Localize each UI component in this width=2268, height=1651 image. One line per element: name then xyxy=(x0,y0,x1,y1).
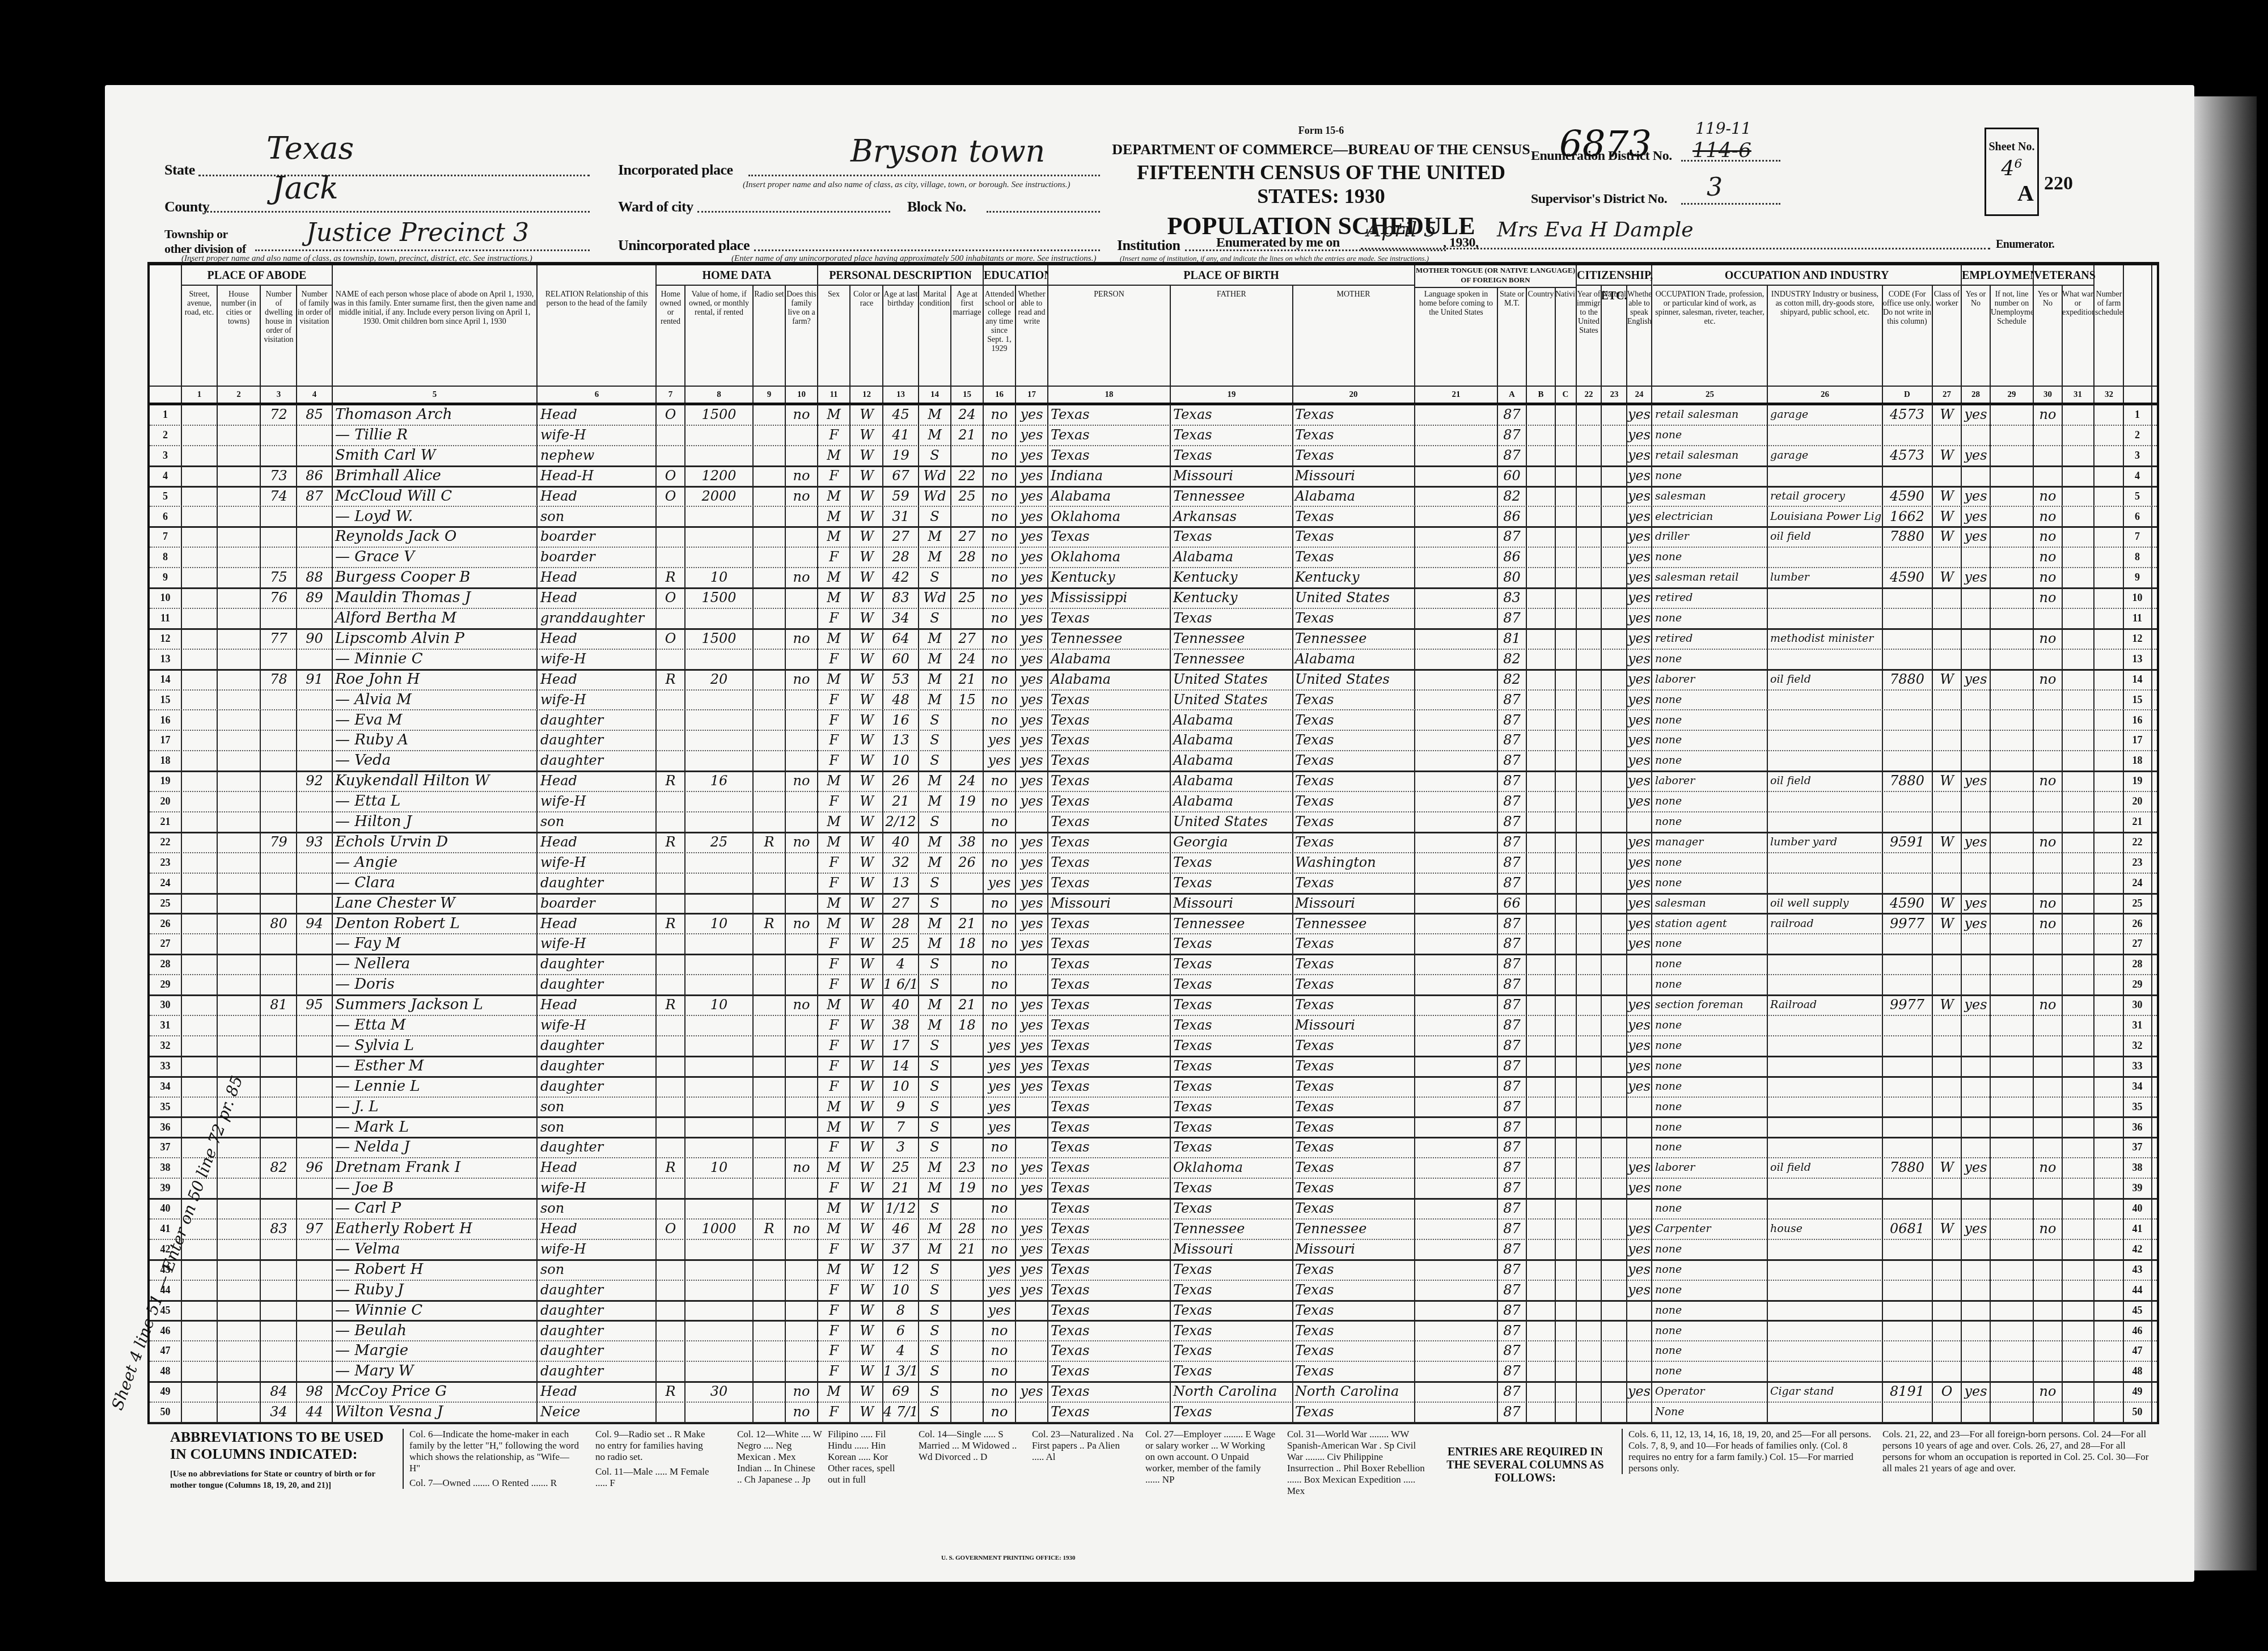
cell-name: Thomason Arch xyxy=(333,404,538,425)
cell-empty xyxy=(2062,1035,2094,1056)
cell-vet: no xyxy=(2034,486,2063,506)
cell-bp: Texas xyxy=(1048,994,1171,1015)
cell-own: R xyxy=(657,669,686,689)
cell-line: 20 xyxy=(150,791,182,811)
cell-sch: no xyxy=(984,506,1016,527)
cell-ind xyxy=(1768,852,1883,873)
cell-rel: son xyxy=(538,811,657,832)
cell-rel: wife-H xyxy=(538,791,657,811)
cell-vet xyxy=(2034,1178,2063,1198)
cell-empty xyxy=(2095,506,2124,527)
cell-code_a: 87 xyxy=(1498,1300,1527,1320)
cell-name: — Ruby A xyxy=(333,730,538,750)
cell-dw: 80 xyxy=(261,913,297,934)
cell-sch: no xyxy=(984,852,1016,873)
cell-rw: yes xyxy=(1016,750,1048,771)
cell-empty xyxy=(182,1056,218,1076)
cell-empty xyxy=(182,445,218,465)
cell-vet xyxy=(2034,852,2063,873)
cell-agem: 19 xyxy=(951,1178,984,1198)
cell-empty xyxy=(2062,1157,2094,1178)
cell-farm xyxy=(786,954,818,974)
cell-radio xyxy=(754,893,786,913)
cell-mbp: Texas xyxy=(1293,1198,1415,1218)
cell-vet: no xyxy=(2034,628,2063,649)
cell-fam xyxy=(297,811,333,832)
cell-empty xyxy=(182,994,218,1015)
cell-code_d: 9591 xyxy=(1882,832,1933,852)
cell-eng: yes xyxy=(1627,710,1652,730)
cell-mar: S xyxy=(919,750,951,771)
cell-sex: F xyxy=(818,710,850,730)
cell-line: 46 xyxy=(2123,1320,2152,1341)
cell-code_a: 87 xyxy=(1498,1361,1527,1381)
cell-eng: yes xyxy=(1627,587,1652,608)
cell-work: yes xyxy=(1962,445,1991,465)
cell-empty xyxy=(1415,1076,1498,1097)
cell-empty xyxy=(2062,587,2094,608)
cell-own: R xyxy=(657,771,686,791)
cell-name: — Etta M xyxy=(333,1015,538,1035)
cell-bp: Texas xyxy=(1048,811,1171,832)
cell-ind xyxy=(1768,1320,1883,1341)
cell-eng: yes xyxy=(1627,608,1652,628)
sd-value: 3 xyxy=(1707,173,1723,202)
cell-rw: yes xyxy=(1016,669,1048,689)
cell-sch: no xyxy=(984,974,1016,994)
cell-bp: Alabama xyxy=(1048,649,1171,669)
cell-empty xyxy=(2095,1218,2124,1239)
cell-sex: M xyxy=(818,1117,850,1137)
cell-dw: 77 xyxy=(261,628,297,649)
cell-own xyxy=(657,974,686,994)
cell-rw: yes xyxy=(1016,730,1048,750)
cell-empty xyxy=(2062,954,2094,974)
cell-ind xyxy=(1768,750,1883,771)
cell-fbp: Missouri xyxy=(1171,1239,1293,1259)
cell-occ: none xyxy=(1653,852,1768,873)
cell-fbp: Kentucky xyxy=(1171,587,1293,608)
cell-line: 17 xyxy=(2123,730,2152,750)
cell-rw: yes xyxy=(1016,873,1048,893)
cell-empty xyxy=(1527,1340,1556,1361)
cell-farm xyxy=(786,852,818,873)
cell-empty xyxy=(1577,1056,1602,1076)
cell-mbp: Texas xyxy=(1293,445,1415,465)
cell-empty xyxy=(182,649,218,669)
cell-own xyxy=(657,873,686,893)
cell-line: 33 xyxy=(150,1056,182,1076)
cell-agem xyxy=(951,608,984,628)
cell-empty xyxy=(2095,1137,2124,1157)
cell-race: W xyxy=(851,974,883,994)
cell-sch: no xyxy=(984,628,1016,649)
cell-sex: F xyxy=(818,1280,850,1300)
cell-race: W xyxy=(851,628,883,649)
cell-cls: W xyxy=(1933,1157,1962,1178)
cell-empty xyxy=(1527,628,1556,649)
cell-rw: yes xyxy=(1016,1056,1048,1076)
cell-fam: 85 xyxy=(297,404,333,425)
cell-rel: daughter xyxy=(538,730,657,750)
cell-rel: nephew xyxy=(538,445,657,465)
cell-line: 31 xyxy=(2123,1015,2152,1035)
cell-eng: yes xyxy=(1627,1218,1652,1239)
cell-mar: S xyxy=(919,1381,951,1402)
cell-sex: M xyxy=(818,404,850,425)
cell-agem: 21 xyxy=(951,1239,984,1259)
cell-code_a: 87 xyxy=(1498,1178,1527,1198)
column-number: 29 xyxy=(1991,387,2034,403)
cell-empty xyxy=(1415,1137,1498,1157)
cell-mbp: Texas xyxy=(1293,1320,1415,1341)
cell-vet xyxy=(2034,1402,2063,1422)
cell-empty xyxy=(1991,750,2034,771)
cell-vet: no xyxy=(2034,832,2063,852)
cell-race: W xyxy=(851,710,883,730)
cell-empty xyxy=(2095,689,2124,710)
cell-agem xyxy=(951,750,984,771)
cell-work: yes xyxy=(1962,1218,1991,1239)
cell-radio: R xyxy=(754,1218,786,1239)
cell-code_a: 87 xyxy=(1498,750,1527,771)
cell-sex: M xyxy=(818,669,850,689)
cell-bp: Texas xyxy=(1048,750,1171,771)
cell-empty xyxy=(182,893,218,913)
cell-fam: 89 xyxy=(297,587,333,608)
cell-cls xyxy=(1933,954,1962,974)
cell-line: 49 xyxy=(2123,1381,2152,1402)
cell-fam xyxy=(297,1076,333,1097)
cell-fbp: Texas xyxy=(1171,852,1293,873)
cell-empty xyxy=(1555,771,1577,791)
cell-empty xyxy=(1991,404,2034,425)
cell-empty xyxy=(2062,933,2094,954)
cell-dw xyxy=(261,873,297,893)
cell-empty xyxy=(218,1178,261,1198)
cell-work: yes xyxy=(1962,832,1991,852)
cell-empty xyxy=(2095,526,2124,547)
cell-empty xyxy=(1991,608,2034,628)
cell-occ: none xyxy=(1653,1076,1768,1097)
cell-age: 1 3/12 xyxy=(883,1361,919,1381)
cell-occ: salesman retail xyxy=(1653,567,1768,587)
cell-empty xyxy=(1555,608,1577,628)
cell-bp: Missouri xyxy=(1048,893,1171,913)
cell-race: W xyxy=(851,1137,883,1157)
cell-empty xyxy=(1527,608,1556,628)
cell-line: 40 xyxy=(2123,1198,2152,1218)
sheet-side: A xyxy=(2017,180,2034,206)
cell-fam: 91 xyxy=(297,669,333,689)
cell-empty xyxy=(2095,1056,2124,1076)
cell-val xyxy=(686,608,754,628)
col12-other-races: Filipino ..... Fil Hindu ...... Hin Kore… xyxy=(828,1429,907,1485)
cell-eng: yes xyxy=(1627,689,1652,710)
cell-empty xyxy=(1602,811,1627,832)
cell-farm xyxy=(786,1361,818,1381)
cell-eng: yes xyxy=(1627,526,1652,547)
cell-mar: S xyxy=(919,506,951,527)
cell-own: O xyxy=(657,628,686,649)
cell-empty xyxy=(1991,649,2034,669)
cell-empty xyxy=(218,873,261,893)
cell-vet xyxy=(2034,1117,2063,1137)
cell-name: — Robert H xyxy=(333,1259,538,1280)
column-number: 22 xyxy=(1577,387,1602,403)
cell-own xyxy=(657,689,686,710)
cell-empty xyxy=(2095,425,2124,445)
cell-empty xyxy=(1555,1361,1577,1381)
cell-age: 19 xyxy=(883,445,919,465)
cell-eng: yes xyxy=(1627,1178,1652,1198)
cell-code_a: 87 xyxy=(1498,974,1527,994)
cell-occ: station agent xyxy=(1653,913,1768,934)
cell-race: W xyxy=(851,1259,883,1280)
cell-empty xyxy=(1527,404,1556,425)
cell-empty xyxy=(1577,791,1602,811)
cell-radio xyxy=(754,628,786,649)
cell-mbp: Texas xyxy=(1293,506,1415,527)
cell-empty xyxy=(2095,1157,2124,1178)
cell-empty xyxy=(2095,1361,2124,1381)
cell-own xyxy=(657,1198,686,1218)
cell-empty xyxy=(1415,994,1498,1015)
cell-farm xyxy=(786,1198,818,1218)
table-row: 147891Roe John HHeadR20noMW53M21noyesAla… xyxy=(150,669,2157,691)
cell-empty xyxy=(2062,1097,2094,1117)
col6-col7-instructions: Col. 6—Indicate the home-maker in each f… xyxy=(403,1429,579,1489)
cell-mar: M xyxy=(919,1239,951,1259)
cell-code_d xyxy=(1882,1198,1933,1218)
cell-empty xyxy=(1602,1137,1627,1157)
cell-mbp: Texas xyxy=(1293,873,1415,893)
cell-name: Denton Robert L xyxy=(333,913,538,934)
cell-radio xyxy=(754,933,786,954)
cell-dw xyxy=(261,893,297,913)
cell-dw xyxy=(261,852,297,873)
cell-line: 3 xyxy=(2123,445,2152,465)
cell-empty xyxy=(1415,608,1498,628)
cell-empty xyxy=(2095,486,2124,506)
cell-empty xyxy=(1577,689,1602,710)
cell-agem: 21 xyxy=(951,425,984,445)
cell-empty xyxy=(218,811,261,832)
cell-fbp: Missouri xyxy=(1171,465,1293,486)
cell-bp: Texas xyxy=(1048,608,1171,628)
cell-farm xyxy=(786,526,818,547)
cell-empty xyxy=(1991,465,2034,486)
cell-code_d: 1662 xyxy=(1882,506,1933,527)
cell-empty xyxy=(1602,608,1627,628)
cell-farm: no xyxy=(786,1218,818,1239)
cell-empty xyxy=(1991,506,2034,527)
cell-bp: Texas xyxy=(1048,852,1171,873)
cell-empty xyxy=(182,689,218,710)
cell-ind xyxy=(1768,1239,1883,1259)
cell-code_a: 87 xyxy=(1498,1320,1527,1341)
cell-fbp: Tennessee xyxy=(1171,1218,1293,1239)
cell-val xyxy=(686,1280,754,1300)
cell-bp: Texas xyxy=(1048,1117,1171,1137)
cell-empty xyxy=(1555,994,1577,1015)
cell-own xyxy=(657,791,686,811)
cell-rw xyxy=(1016,1340,1048,1361)
cell-line: 39 xyxy=(2123,1178,2152,1198)
cell-own xyxy=(657,1035,686,1056)
cell-sex: F xyxy=(818,1015,850,1035)
cell-vet xyxy=(2034,933,2063,954)
cell-code_d xyxy=(1882,852,1933,873)
cell-work xyxy=(1962,954,1991,974)
cell-own: R xyxy=(657,1157,686,1178)
column-number: 17 xyxy=(1016,387,1048,403)
cell-empty xyxy=(1555,1198,1577,1218)
cell-empty xyxy=(1555,445,1577,465)
cell-ind xyxy=(1768,1198,1883,1218)
cell-cls: W xyxy=(1933,506,1962,527)
cell-empty xyxy=(1415,1381,1498,1402)
cell-farm: no xyxy=(786,567,818,587)
cell-fbp: Alabama xyxy=(1171,547,1293,567)
table-row: 127790Lipscomb Alvin PHeadO1500noMW64M27… xyxy=(150,628,2157,650)
cell-sex: M xyxy=(818,1218,850,1239)
cell-code_d: 7880 xyxy=(1882,669,1933,689)
cell-empty xyxy=(1415,506,1498,527)
cell-ind xyxy=(1768,1117,1883,1137)
cell-empty xyxy=(1555,710,1577,730)
cell-rw xyxy=(1016,1117,1048,1137)
cell-agem xyxy=(951,445,984,465)
cell-sch: no xyxy=(984,608,1016,628)
cell-occ: none xyxy=(1653,811,1768,832)
column-number xyxy=(150,387,182,403)
cell-dw: 82 xyxy=(261,1157,297,1178)
department-title: DEPARTMENT OF COMMERCE—BUREAU OF THE CEN… xyxy=(1106,141,1537,158)
cell-sch: no xyxy=(984,1157,1016,1178)
cell-val xyxy=(686,974,754,994)
cell-agem: 21 xyxy=(951,994,984,1015)
cell-line: 49 xyxy=(150,1381,182,1402)
column-number: 15 xyxy=(951,387,984,403)
cell-fbp: Tennessee xyxy=(1171,628,1293,649)
cell-race: W xyxy=(851,425,883,445)
cell-radio xyxy=(754,1035,786,1056)
cell-sch: no xyxy=(984,404,1016,425)
cell-sch: yes xyxy=(984,1035,1016,1056)
cell-farm: no xyxy=(786,486,818,506)
cell-agem xyxy=(951,506,984,527)
cell-bp: Texas xyxy=(1048,954,1171,974)
cell-empty xyxy=(2062,1015,2094,1035)
column-number: 21 xyxy=(1415,387,1498,403)
cell-agem xyxy=(951,1056,984,1076)
cell-empty xyxy=(1555,404,1577,425)
cell-bp: Texas xyxy=(1048,1178,1171,1198)
unincorporated-line xyxy=(754,249,1100,251)
cell-empty xyxy=(1602,873,1627,893)
cell-mar: M xyxy=(919,547,951,567)
cell-mar: S xyxy=(919,893,951,913)
cell-vet xyxy=(2034,1320,2063,1341)
table-row: 35— J. LsonMW9SyesTexasTexasTexas87none3… xyxy=(150,1097,2157,1119)
column-header-margin37 xyxy=(2123,265,2152,386)
cell-empty xyxy=(1991,669,2034,689)
cell-mar: M xyxy=(919,832,951,852)
cell-mbp: Texas xyxy=(1293,526,1415,547)
cell-own xyxy=(657,1137,686,1157)
cell-empty xyxy=(2095,567,2124,587)
column-number: 23 xyxy=(1602,387,1627,403)
cell-val: 10 xyxy=(686,994,754,1015)
cell-name: — Beulah xyxy=(333,1320,538,1341)
cell-work xyxy=(1962,1198,1991,1218)
cell-radio xyxy=(754,811,786,832)
cell-ind: oil field xyxy=(1768,669,1883,689)
census-title: FIFTEENTH CENSUS OF THE UNITED STATES: 1… xyxy=(1106,160,1537,208)
table-row: 25Lane Chester WboarderMW27SnoyesMissour… xyxy=(150,893,2157,915)
cell-occ: section foreman xyxy=(1653,994,1768,1015)
cell-age: 42 xyxy=(883,567,919,587)
entries-required-a: Cols. 6, 11, 12, 13, 14, 16, 18, 19, 20,… xyxy=(1622,1429,1878,1474)
cell-work: yes xyxy=(1962,669,1991,689)
cell-sch: no xyxy=(984,689,1016,710)
cell-empty xyxy=(182,1035,218,1056)
cell-code_d xyxy=(1882,791,1933,811)
cell-empty xyxy=(1555,1218,1577,1239)
cell-farm xyxy=(786,547,818,567)
cell-sch: no xyxy=(984,933,1016,954)
cell-empty xyxy=(1555,811,1577,832)
cell-cls: W xyxy=(1933,445,1962,465)
cell-empty xyxy=(1577,1015,1602,1035)
cell-line: 29 xyxy=(150,974,182,994)
cell-val xyxy=(686,1239,754,1259)
cell-agem xyxy=(951,1198,984,1218)
table-row: 17285Thomason ArchHeadO1500noMW45M24noye… xyxy=(150,404,2157,426)
cell-rel: Head xyxy=(538,832,657,852)
cell-sex: F xyxy=(818,1402,850,1422)
cell-empty xyxy=(1991,710,2034,730)
cell-empty xyxy=(1602,1097,1627,1117)
cell-empty xyxy=(2095,628,2124,649)
cell-mbp: Texas xyxy=(1293,771,1415,791)
cell-line: 15 xyxy=(2123,689,2152,710)
cell-empty xyxy=(182,628,218,649)
cell-eng: yes xyxy=(1627,730,1652,750)
cell-line: 4 xyxy=(150,465,182,486)
cell-sch: no xyxy=(984,710,1016,730)
cell-empty xyxy=(1577,1035,1602,1056)
cell-empty xyxy=(2095,954,2124,974)
cell-empty xyxy=(1991,913,2034,934)
cell-empty xyxy=(1555,587,1577,608)
cell-val xyxy=(686,1056,754,1076)
printer-imprint: U. S. GOVERNMENT PRINTING OFFICE: 1930 xyxy=(941,1555,1076,1561)
cell-age: 25 xyxy=(883,933,919,954)
column-number: D xyxy=(1882,387,1933,403)
cell-mar: S xyxy=(919,1198,951,1218)
cell-bp: Texas xyxy=(1048,873,1171,893)
cell-cls xyxy=(1933,1178,1962,1198)
table-row: 308195Summers Jackson LHeadR10noMW40M21n… xyxy=(150,994,2157,1016)
cell-rel: Head xyxy=(538,1218,657,1239)
cell-empty xyxy=(2095,1381,2124,1402)
cell-cls xyxy=(1933,1361,1962,1381)
table-row: 107689Mauldin Thomas JHeadO1500MW83Wd25n… xyxy=(150,587,2157,609)
cell-empty xyxy=(1602,913,1627,934)
cell-eng: yes xyxy=(1627,465,1652,486)
